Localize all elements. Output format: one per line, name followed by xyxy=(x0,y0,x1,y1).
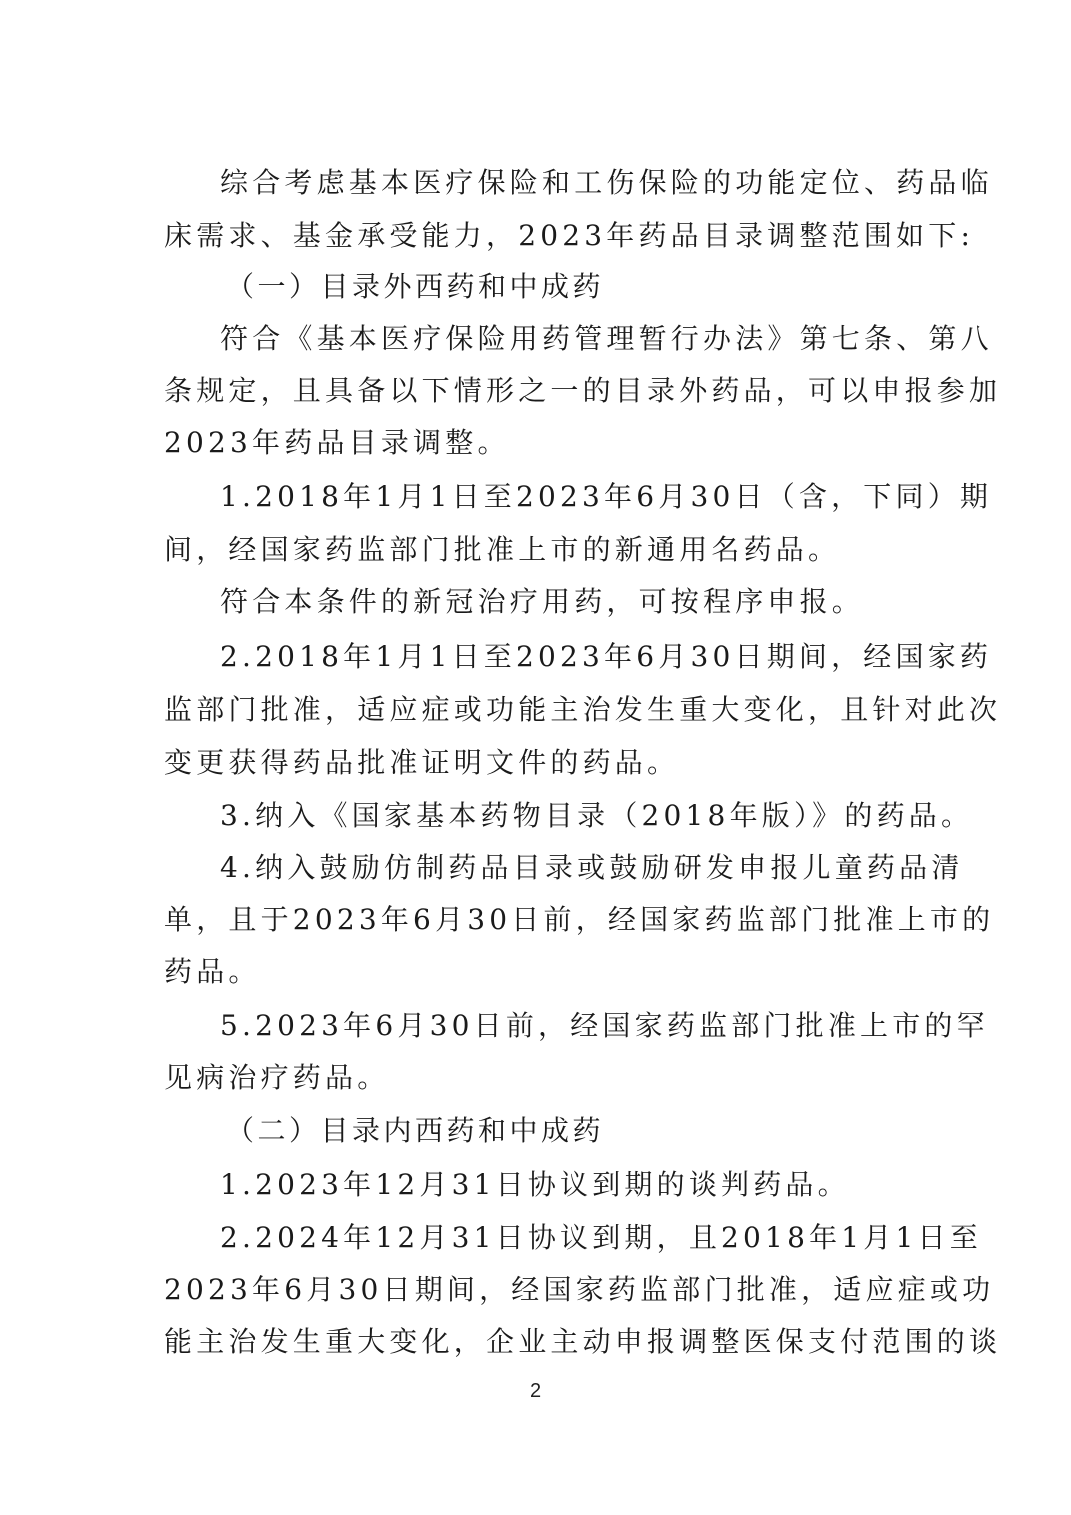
list-item-line: 3.纳入《国家基本药物目录（2018年版）》的药品。 xyxy=(220,798,924,834)
list-item-line: 1.2018年1月1日至2023年6月30日（含，下同）期 xyxy=(220,479,924,515)
text-line: 床需求、基金承受能力，2023年药品目录调整范围如下: xyxy=(164,218,924,254)
list-item-line: 2.2024年12月31日协议到期，且2018年1月1日至 xyxy=(220,1220,924,1256)
text-line: 能主治发生重大变化，企业主动申报调整医保支付范围的谈 xyxy=(164,1324,924,1360)
text-line: 见病治疗药品。 xyxy=(164,1060,924,1096)
text-line: 综合考虑基本医疗保险和工伤保险的功能定位、药品临 xyxy=(220,165,924,201)
text-line: 符合本条件的新冠治疗用药，可按程序申报。 xyxy=(220,584,924,620)
text-line: 间，经国家药监部门批准上市的新通用名药品。 xyxy=(164,532,924,568)
text-line: 2023年6月30日期间，经国家药监部门批准，适应症或功 xyxy=(164,1272,924,1308)
text-line: 变更获得药品批准证明文件的药品。 xyxy=(164,745,924,781)
list-item-line: 5.2023年6月30日前，经国家药监部门批准上市的罕 xyxy=(220,1008,924,1044)
list-item-line: 2.2018年1月1日至2023年6月30日期间，经国家药 xyxy=(220,639,924,675)
document-page: 综合考虑基本医疗保险和工伤保险的功能定位、药品临 床需求、基金承受能力，2023… xyxy=(0,0,1071,1515)
text-line: 2023年药品目录调整。 xyxy=(164,425,924,461)
text-line: 监部门批准，适应症或功能主治发生重大变化，且针对此次 xyxy=(164,692,924,728)
section-heading: （一）目录外西药和中成药 xyxy=(226,269,986,305)
text-line: 药品。 xyxy=(164,954,924,990)
list-item-line: 1.2023年12月31日协议到期的谈判药品。 xyxy=(220,1167,924,1203)
list-item-line: 4.纳入鼓励仿制药品目录或鼓励研发申报儿童药品清 xyxy=(220,850,924,886)
text-line: 条规定，且具备以下情形之一的目录外药品，可以申报参加 xyxy=(164,373,924,409)
text-line: 符合《基本医疗保险用药管理暂行办法》第七条、第八 xyxy=(220,321,924,357)
section-heading: （二）目录内西药和中成药 xyxy=(226,1113,986,1149)
text-line: 单，且于2023年6月30日前，经国家药监部门批准上市的 xyxy=(164,902,924,938)
page-number: 2 xyxy=(0,1380,1071,1403)
